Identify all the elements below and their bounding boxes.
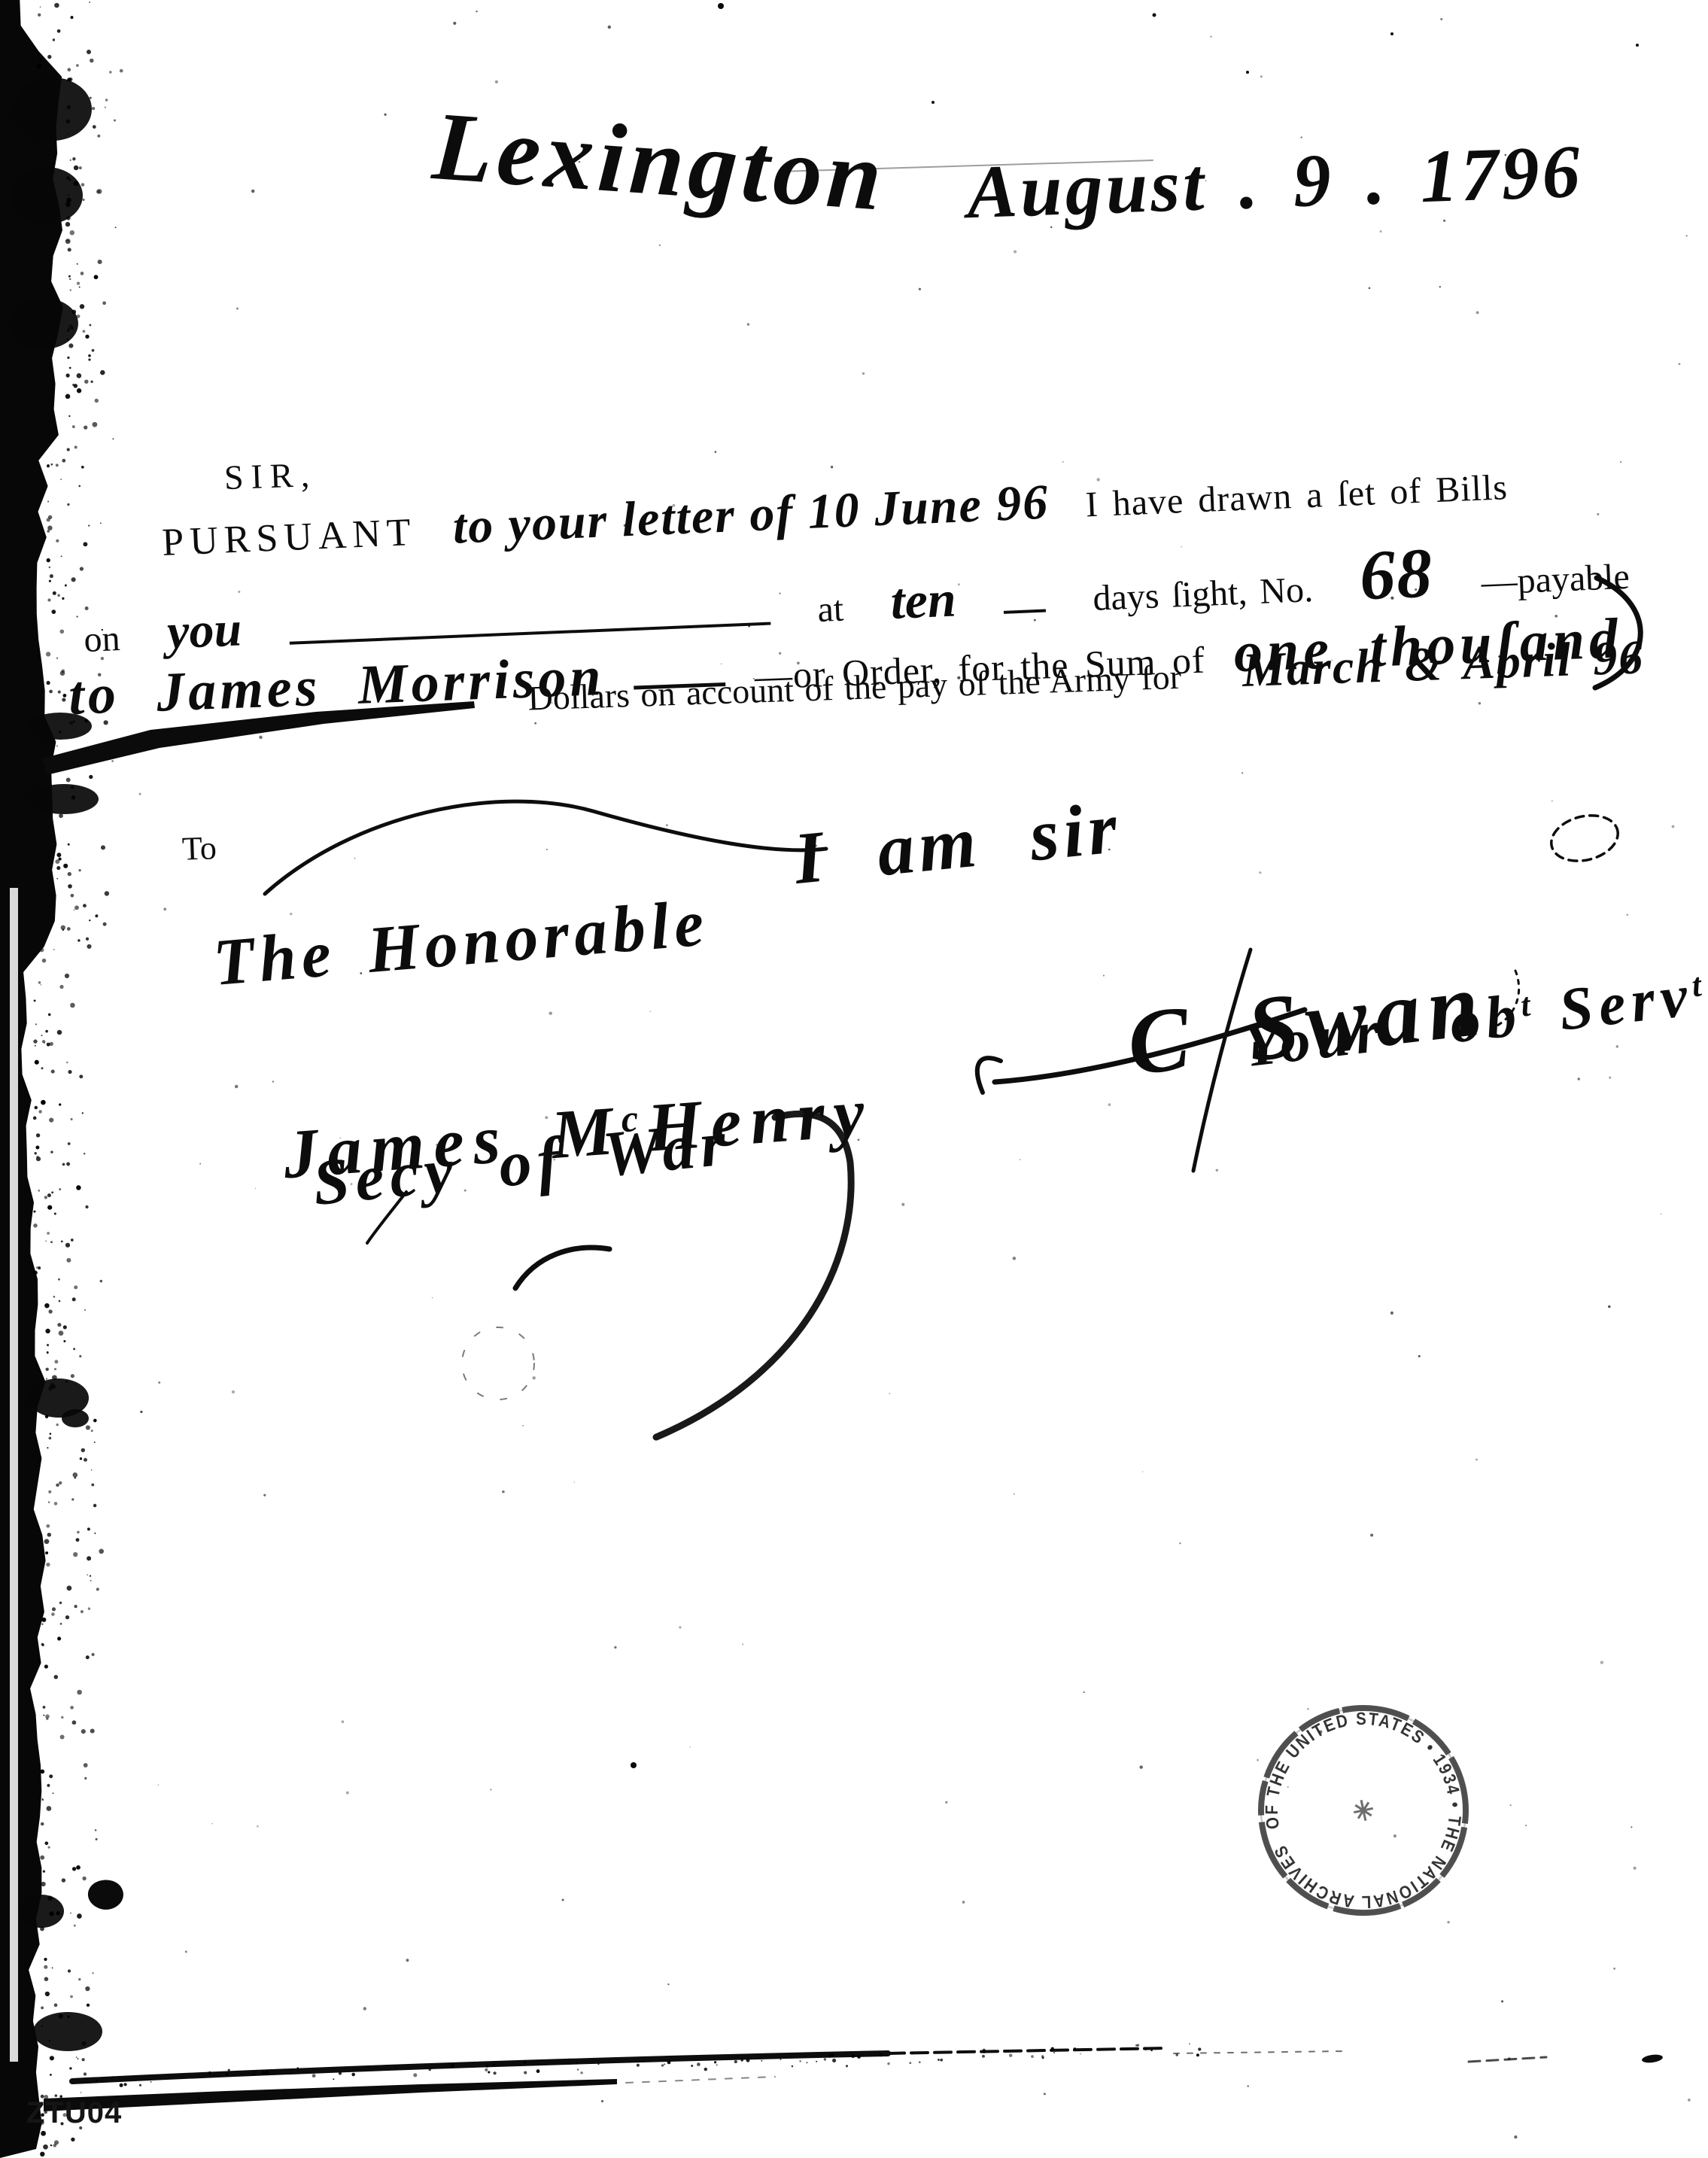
closing-serv: Serv — [1555, 962, 1697, 1044]
header-date: August . 9 . 1796 — [966, 134, 1585, 231]
national-archives-stamp: OF THE UNITED STATES • 1934 • THE NATION… — [1229, 1676, 1497, 1944]
printed-payable: —payable — [1481, 559, 1631, 601]
script-bill-number: 68 — [1358, 537, 1435, 611]
document-page: Lexington August . 9 . 1796 SIR, PURSUAN… — [0, 0, 1708, 2158]
closing-i-am-sir: I am sir — [791, 791, 1124, 896]
printed-dollars: Dollars on account of the pay of the Arm… — [527, 660, 1182, 716]
printed-at: at — [817, 591, 845, 628]
ink-rule — [1004, 609, 1046, 614]
printed-drawn: I have drawn a ſet of Bills — [1085, 470, 1509, 523]
addressee-honorable: The Honorable — [211, 890, 712, 997]
script-letter-ref: to your letter of 10 June 96 — [451, 478, 1050, 552]
scan-id-label: ZTU04 — [26, 2096, 122, 2130]
script-period: March & April 96 — [1241, 633, 1645, 695]
salutation: SIR, — [223, 457, 318, 495]
script-ten: ten — [889, 573, 957, 627]
header-place: Lexington — [430, 97, 889, 226]
addressee-to-label: To — [181, 831, 217, 866]
stamp-center-mark — [1351, 1798, 1375, 1823]
printed-pursuant: PURSUANT — [161, 513, 417, 563]
printed-on: on — [84, 621, 121, 658]
closing-sup-t: t — [1518, 986, 1538, 1024]
printed-days-sight: days ſight, No. — [1093, 572, 1314, 617]
script-you: you — [166, 604, 243, 657]
ink-rule — [290, 622, 771, 645]
wedge-spacer — [41, 711, 467, 726]
